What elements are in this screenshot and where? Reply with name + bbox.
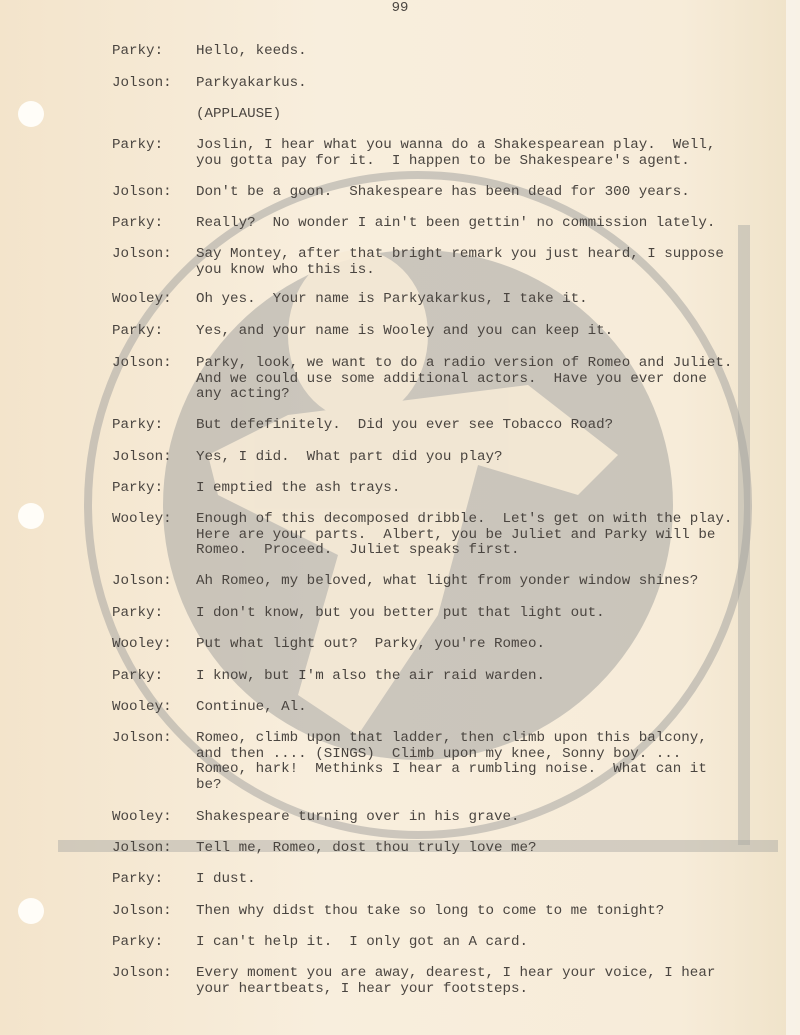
speaker-name: Jolson: [112,841,196,857]
dialogue-text: Say Montey, after that bright remark you… [196,247,724,278]
speaker-name: Parky: [112,324,196,340]
speaker-name: Parky: [112,935,196,951]
dialogue-text: Yes, and your name is Wooley and you can… [196,324,613,340]
punch-hole [18,101,44,127]
dialogue-text: Don't be a goon. Shakespeare has been de… [196,185,690,201]
dialogue-text: Then why didst thou take so long to come… [196,904,664,920]
speaker-name: Wooley: [112,700,196,716]
dialogue-text: I dust. [196,872,256,888]
speaker-name: Wooley: [112,810,196,826]
dialogue-text: But defefinitely. Did you ever see Tobac… [196,418,613,434]
dialogue-text: Joslin, I hear what you wanna do a Shake… [196,138,715,169]
speaker-name: Jolson: [112,904,196,920]
dialogue-text: I emptied the ash trays. [196,481,400,497]
page-edge [786,0,800,1035]
speaker-name: Parky: [112,481,196,497]
dialogue-text: Shakespeare turning over in his grave. [196,810,520,826]
dialogue-text: Parky, look, we want to do a radio versi… [196,356,732,403]
typescript-page: 99 Parky:Hello, keeds.Jolson:Parkyakarku… [0,0,800,1035]
dialogue-text: I don't know, but you better put that li… [196,606,605,622]
dialogue-text: Put what light out? Parky, you're Romeo. [196,637,545,653]
speaker-name: Jolson: [112,356,196,372]
dialogue-text: Ah Romeo, my beloved, what light from yo… [196,574,698,590]
dialogue-text: Every moment you are away, dearest, I he… [196,966,715,997]
speaker-name: Jolson: [112,966,196,982]
dialogue-text: I know, but I'm also the air raid warden… [196,669,545,685]
dialogue-text: Tell me, Romeo, dost thou truly love me? [196,841,537,857]
page-number: 99 [0,0,800,16]
dialogue-text: Parkyakarkus. [196,76,307,92]
speaker-name: Parky: [112,216,196,232]
dialogue-text: Continue, Al. [196,700,307,716]
speaker-name: Wooley: [112,292,196,308]
punch-hole [18,898,44,924]
speaker-name: Jolson: [112,76,196,92]
speaker-name: Wooley: [112,637,196,653]
dialogue-text: Hello, keeds. [196,44,307,60]
speaker-name: Parky: [112,872,196,888]
punch-hole [18,503,44,529]
dialogue-text: Enough of this decomposed dribble. Let's… [196,512,732,559]
speaker-name: Parky: [112,44,196,60]
dialogue-text: Romeo, climb upon that ladder, then clim… [196,731,707,793]
speaker-name: Jolson: [112,247,196,263]
speaker-name: Jolson: [112,574,196,590]
speaker-name: Parky: [112,669,196,685]
dialogue-text: Really? No wonder I ain't been gettin' n… [196,216,715,232]
speaker-name: Wooley: [112,512,196,528]
speaker-name: Jolson: [112,731,196,747]
speaker-name: Parky: [112,418,196,434]
speaker-name: Parky: [112,606,196,622]
dialogue-text: I can't help it. I only got an A card. [196,935,528,951]
speaker-name: Jolson: [112,450,196,466]
dialogue-text: Oh yes. Your name is Parkyakarkus, I tak… [196,292,588,308]
dialogue-text: (APPLAUSE) [196,107,281,123]
dialogue-text: Yes, I did. What part did you play? [196,450,503,466]
speaker-name: Jolson: [112,185,196,201]
speaker-name: Parky: [112,138,196,154]
